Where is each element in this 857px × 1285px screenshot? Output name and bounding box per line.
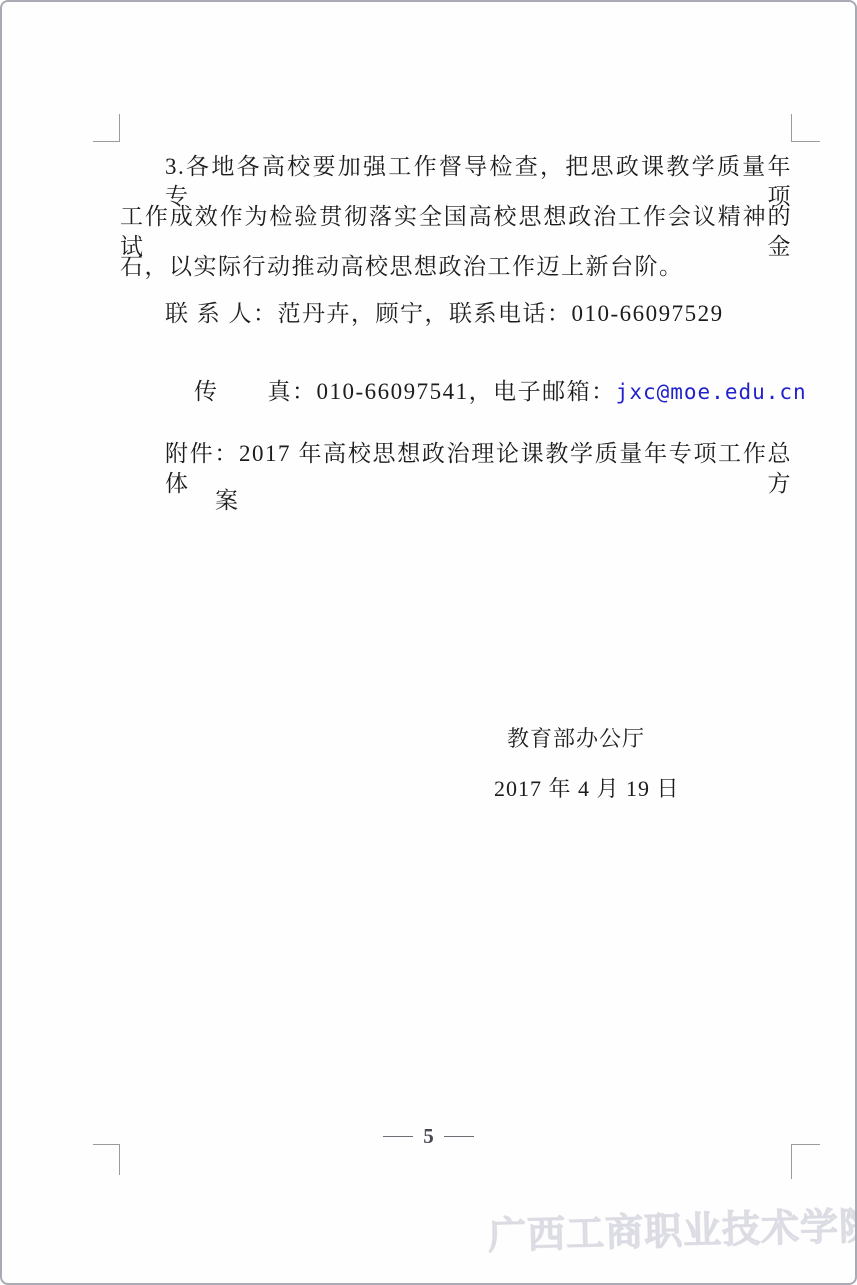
document-page: 3.各地各高校要加强工作督导检查，把思政课教学质量年专项 工作成效作为检验贯彻落… [0, 0, 857, 1285]
page-number: 5 [423, 1124, 434, 1149]
fax-line-text: 传 真：010-66097541，电子邮箱： [194, 379, 616, 404]
crop-mark-top-left [93, 114, 120, 142]
contact-person-line: 联 系 人：范丹卉，顾宁，联系电话：010-66097529 [165, 299, 724, 329]
email-link[interactable]: jxc@moe.edu.cn [616, 380, 807, 404]
watermark-stamp: 广西工商职业技术学院 [487, 1195, 856, 1260]
signature-date: 2017 年 4 月 19 日 [494, 772, 680, 803]
crop-mark-bottom-right [791, 1144, 820, 1179]
page-footer: 5 [2, 1124, 855, 1149]
signature-organization: 教育部办公厅 [507, 722, 645, 753]
page-number-dash-left [383, 1136, 413, 1137]
page-number-dash-right [444, 1136, 474, 1137]
attachment-line: 案 [215, 486, 240, 516]
paragraph-line: 石，以实际行动推动高校思想政治工作迈上新台阶。 [120, 252, 684, 282]
attachment-line: 附件：2017 年高校思想政治理论课教学质量年专项工作总体方 [165, 439, 792, 499]
fax-line: 传 真：010-66097541，电子邮箱：jxc@moe.edu.cn [165, 347, 807, 437]
crop-mark-top-right [791, 114, 820, 142]
